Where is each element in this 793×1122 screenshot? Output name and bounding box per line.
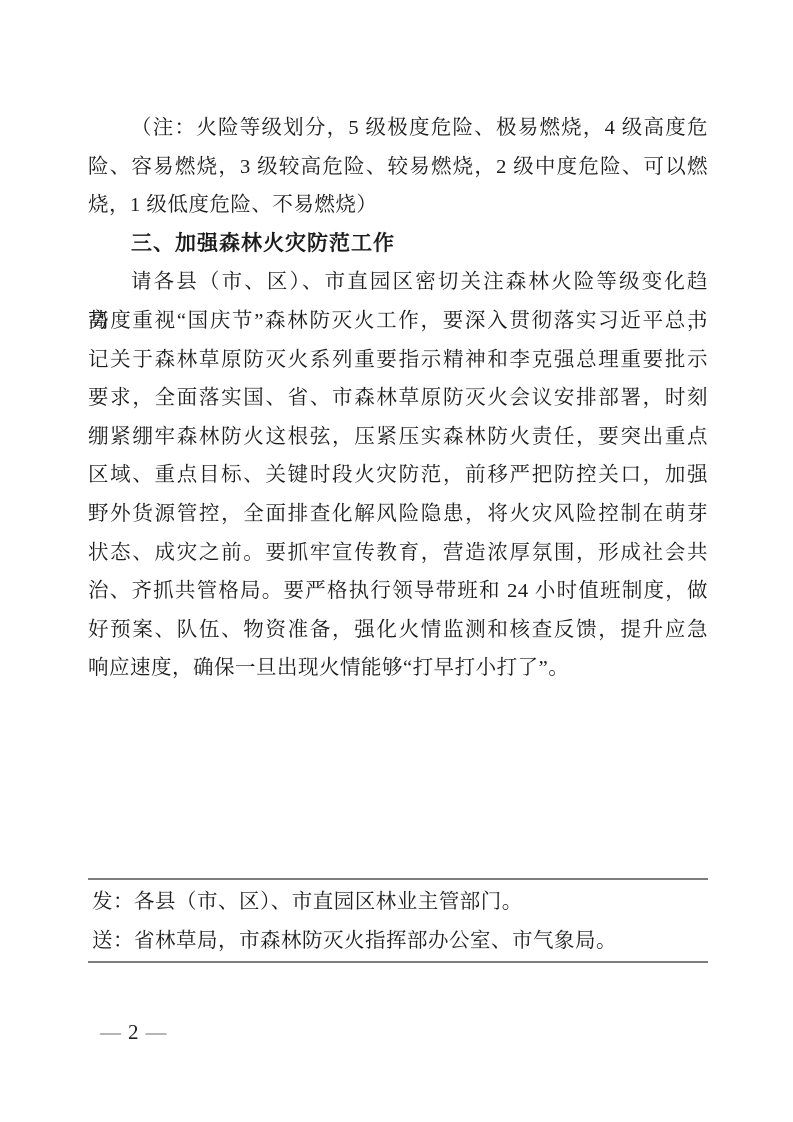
body-line: 野外货源管控，全面排查化解风险隐患，将火灾风险控制在萌芽 bbox=[88, 495, 708, 534]
body-line: 记关于森林草原防灭火系列重要指示精神和李克强总理重要批示 bbox=[88, 341, 708, 380]
distribution-line-fa: 发：各县（市、区）、市直园区林业主管部门。 bbox=[88, 883, 708, 922]
distribution-box: 发：各县（市、区）、市直园区林业主管部门。 送：省林草局，市森林防灭火指挥部办公… bbox=[88, 878, 708, 963]
body-line: 要求，全面落实国、省、市森林草原防灭火会议安排部署，时刻 bbox=[88, 379, 708, 418]
body-line: 区域、重点目标、关键时段火灾防范，前移严把防控关口，加强 bbox=[88, 456, 708, 495]
note-line: （注：火险等级划分，5 级极度危险、极易燃烧，4 级高度危 bbox=[88, 109, 708, 148]
note-line: 险、容易燃烧，3 级较高危险、较易燃烧，2 级中度危险、可以燃 bbox=[88, 148, 708, 187]
body-line: 治、齐抓共管格局。要严格执行领导带班和 24 小时值班制度，做 bbox=[88, 572, 708, 611]
page-number-value: 2 bbox=[122, 1020, 146, 1044]
page-number-dash-right: — bbox=[146, 1020, 168, 1044]
body-line: 绷紧绷牢森林防火这根弦，压紧压实森林防火责任，要突出重点 bbox=[88, 418, 708, 457]
section-heading: 三、加强森林火灾防范工作 bbox=[88, 225, 708, 264]
note-paragraph: （注：火险等级划分，5 级极度危险、极易燃烧，4 级高度危 险、容易燃烧，3 级… bbox=[88, 109, 708, 225]
document-page: （注：火险等级划分，5 级极度危险、极易燃烧，4 级高度危 险、容易燃烧，3 级… bbox=[0, 0, 793, 1122]
body-line: 高度重视“国庆节”森林防灭火工作，要深入贯彻落实习近平总书 bbox=[88, 302, 708, 341]
distribution-line-song: 送：省林草局，市森林防灭火指挥部办公室、市气象局。 bbox=[88, 922, 708, 961]
document-body: （注：火险等级划分，5 级极度危险、极易燃烧，4 级高度危 险、容易燃烧，3 级… bbox=[88, 109, 708, 688]
page-number-dash-left: — bbox=[100, 1020, 122, 1044]
page-number: —2— bbox=[100, 1018, 168, 1046]
body-paragraph: 请各县（市、区）、市直园区密切关注森林火险等级变化趋势， 高度重视“国庆节”森林… bbox=[88, 263, 708, 688]
body-line: 响应速度，确保一旦出现火情能够“打早打小打了”。 bbox=[88, 649, 708, 688]
note-line: 烧，1 级低度危险、不易燃烧） bbox=[88, 186, 708, 225]
body-line: 好预案、队伍、物资准备，强化火情监测和核查反馈，提升应急 bbox=[88, 611, 708, 650]
body-line: 请各县（市、区）、市直园区密切关注森林火险等级变化趋势， bbox=[88, 263, 708, 302]
body-line: 状态、成灾之前。要抓牢宣传教育，营造浓厚氛围，形成社会共 bbox=[88, 534, 708, 573]
